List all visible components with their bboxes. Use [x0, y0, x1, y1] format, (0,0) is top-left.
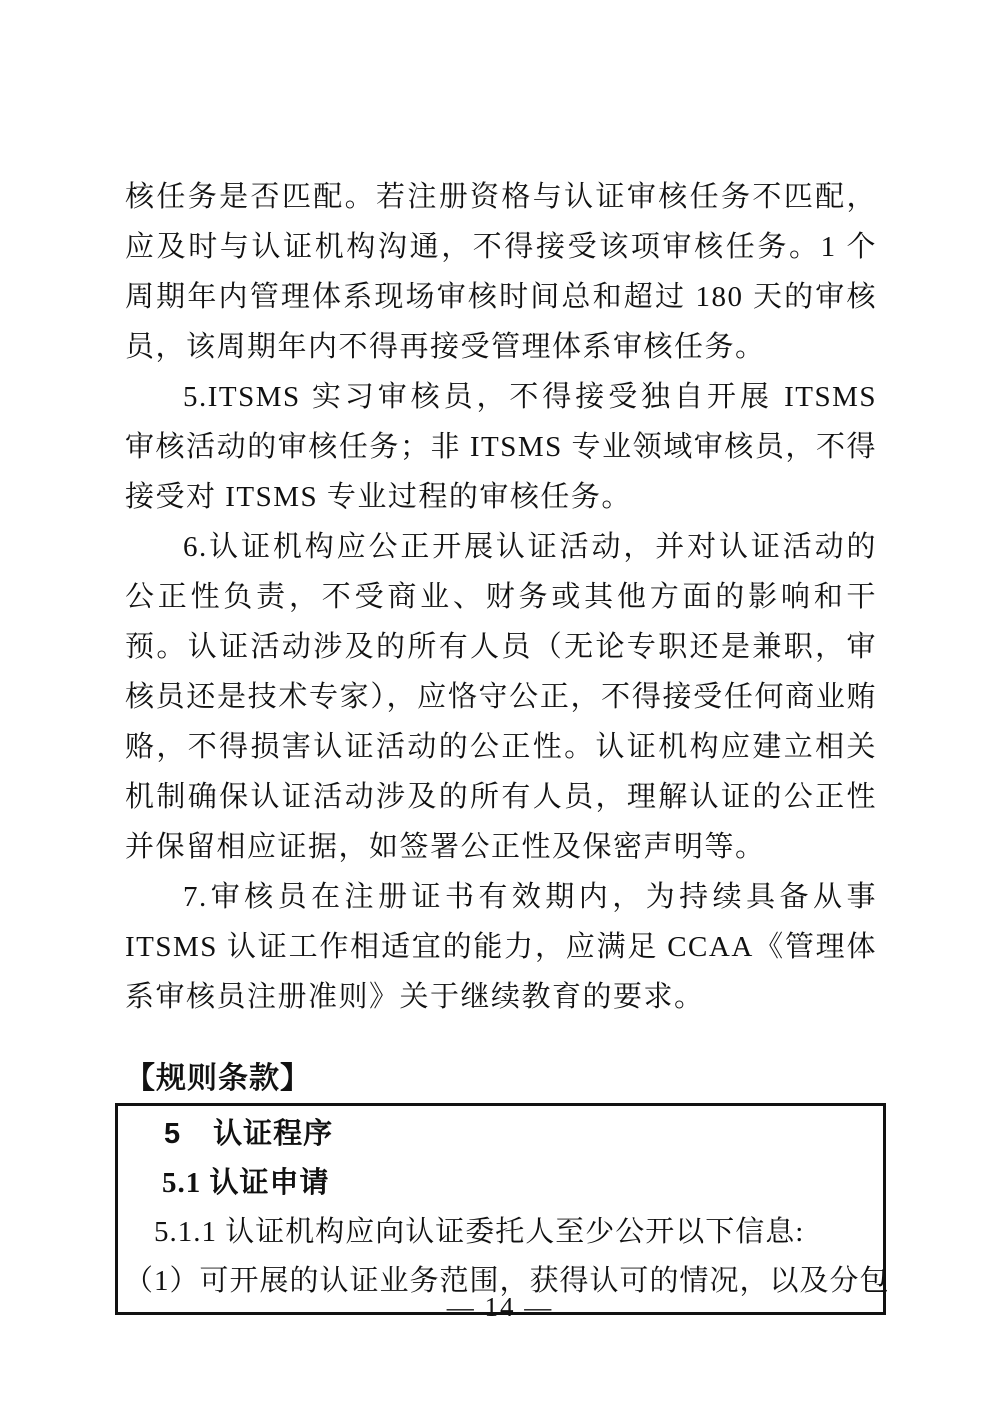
- page-footer: — 14 —: [0, 1292, 1000, 1323]
- rule-box-subheading: 5.1 认证申请: [124, 1159, 877, 1208]
- body-paragraph-item-7: 7.审核员在注册证书有效期内，为持续具备从事 ITSMS 认证工作相适宜的能力，…: [125, 872, 877, 1022]
- page-number: — 14 —: [447, 1292, 554, 1322]
- body-paragraph-item-5: 5.ITSMS 实习审核员，不得接受独自开展 ITSMS 审核活动的审核任务；非…: [125, 372, 877, 522]
- rule-box-heading-number: 5: [164, 1110, 181, 1159]
- rule-box-clause-5-1-1: 5.1.1 认证机构应向认证委托人至少公开以下信息:: [124, 1208, 877, 1257]
- body-paragraph-continuation: 核任务是否匹配。若注册资格与认证审核任务不匹配，应及时与认证机构沟通，不得接受该…: [125, 172, 877, 372]
- rule-clause-box: 5认证程序 5.1 认证申请 5.1.1 认证机构应向认证委托人至少公开以下信息…: [115, 1103, 886, 1315]
- document-content: 核任务是否匹配。若注册资格与认证审核任务不匹配，应及时与认证机构沟通，不得接受该…: [125, 172, 877, 1315]
- body-paragraph-item-6: 6.认证机构应公正开展认证活动，并对认证活动的公正性负责，不受商业、财务或其他方…: [125, 522, 877, 872]
- rule-box-heading-title: 认证程序: [213, 1118, 333, 1150]
- rule-box-heading: 5认证程序: [124, 1110, 877, 1159]
- section-heading-rule-clauses: 【规则条款】: [125, 1060, 877, 1098]
- document-page: 核任务是否匹配。若注册资格与认证审核任务不匹配，应及时与认证机构沟通，不得接受该…: [0, 0, 1000, 1414]
